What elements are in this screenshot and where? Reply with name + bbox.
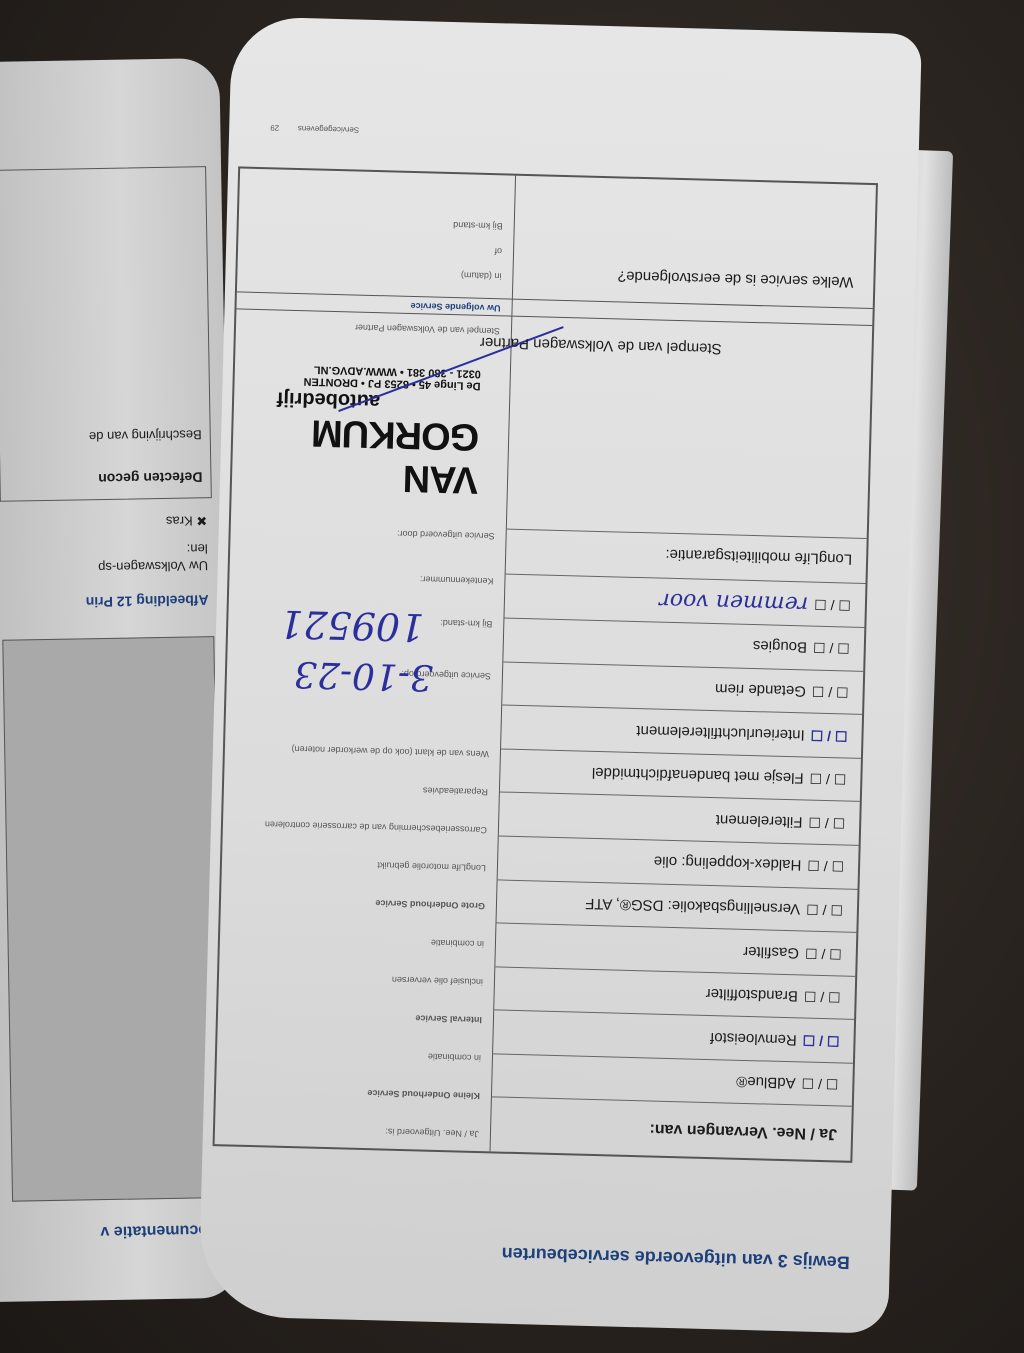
performed-by-label: Service uitgevoerd door: xyxy=(397,529,495,542)
car-diagram xyxy=(2,636,224,1202)
replacement-item-label: Gasfilter xyxy=(743,943,799,961)
left-text-line: len: xyxy=(187,541,208,556)
page-number: 29 xyxy=(270,123,279,132)
mileage-value: 109521 xyxy=(279,602,425,650)
checkbox-pair[interactable]: ☐ / ☐ xyxy=(803,1031,840,1049)
figure-caption: Afbeelding 12 Prin xyxy=(86,592,209,610)
checkbox-pair[interactable]: ☐ / ☐ xyxy=(812,683,849,701)
checkbox-pair[interactable]: ☐ / ☐ xyxy=(811,726,848,744)
left-text-line: Uw Volkswagen-sp xyxy=(98,558,208,575)
checkbox-pair[interactable]: ☐ / ☐ xyxy=(809,770,846,788)
stamp-label-small: Stempel van de Volkswagen Partner xyxy=(355,323,500,337)
service-type-item: Kleine Onderhoud Service xyxy=(367,1088,480,1101)
checkbox-pair[interactable]: ☐ / ☐ xyxy=(801,1075,838,1093)
service-type-item: inclusief olie verversen xyxy=(392,975,483,987)
replacement-header: Ja / Nee. Vervangen van: xyxy=(491,1096,852,1160)
plate-label: Kenteken­nummer: xyxy=(420,574,494,586)
checkbox-pair[interactable]: ☐ / ☐ xyxy=(808,813,845,831)
page-header: Servicegegevens xyxy=(298,124,360,135)
stamp-label: Stempel van de Volkswagen Partner xyxy=(480,334,722,357)
right-page: Bewijs 3 van uitgevoerde servicebeurten … xyxy=(198,16,922,1334)
service-type-item: Wens van de klant (ook op de werkorder n… xyxy=(291,744,489,759)
next-service-field: in (datum) xyxy=(461,270,502,281)
checkbox-pair[interactable]: ☐ / ☐ xyxy=(804,988,841,1006)
next-service-field: of xyxy=(494,246,502,256)
checkbox-pair[interactable]: ☐ / ☐ xyxy=(807,857,844,875)
defects-heading: Defecten gecon xyxy=(98,469,203,487)
replacement-item-label: Versnellingsbakolie: DSG®, ATF xyxy=(585,895,800,918)
service-type-item: in combinatie xyxy=(428,1052,481,1063)
checkbox-pair[interactable]: ☐ / ☐ xyxy=(806,901,843,919)
service-type-item: Grote Onderhoud Service xyxy=(375,898,485,911)
service-date-value: 3-10-23 xyxy=(294,653,434,698)
longlife-label: LongLife mobiliteitsgarantie: xyxy=(506,529,867,581)
legend-kras: ✖ Kras xyxy=(166,512,208,529)
service-type-item: Interval Service xyxy=(415,1013,482,1025)
checkbox-pair[interactable]: ☐ / ☐ xyxy=(805,944,842,962)
replacement-item-label: Remvloeistof xyxy=(710,1029,797,1048)
replacement-item-label: Flesje met bandenafdichtmiddel xyxy=(592,764,804,787)
next-service-title: Uw volgende Service xyxy=(410,301,500,313)
replacement-item-label: Bougies xyxy=(753,638,808,656)
service-type-item: LongLife motorolie gebruikt xyxy=(377,860,486,873)
section-title: Bewijs 3 van uitgevoerde servicebeurten xyxy=(501,1243,850,1273)
defects-subheading: Beschrijving van de xyxy=(89,427,202,444)
service-type-item: Carrosseriebescherming van de carrosseri… xyxy=(265,819,487,835)
stamp-name: VAN GORKUM xyxy=(238,409,480,501)
service-type-item: in combinatie xyxy=(431,938,484,949)
replacement-item-label: remmen voor xyxy=(659,587,808,616)
replacement-item-label: AdBlue® xyxy=(736,1073,796,1092)
checkbox-pair[interactable]: ☐ / ☐ xyxy=(814,596,851,614)
stamp-subtitle: autobedrijf xyxy=(240,386,381,413)
mileage-label: Bij km-stand: xyxy=(440,618,492,629)
replacement-item-label: Filterelement xyxy=(716,811,803,830)
dealer-stamp: VAN GORKUM autobedrijf De Linge 45 • 825… xyxy=(238,362,481,501)
service-record-table: Ja / Nee. Vervangen van: ☐ / ☐AdBlue®☐ /… xyxy=(213,166,878,1162)
service-type-item: Reparatieadvies xyxy=(423,785,488,797)
replacement-item-label: Brandstoffilter xyxy=(705,985,798,1004)
replacement-item-label: Interieurluchtfilterelement xyxy=(636,722,805,743)
checkbox-pair[interactable]: ☐ / ☐ xyxy=(813,639,850,657)
replacement-item-label: Haldex-koppeling: olie xyxy=(654,853,802,874)
next-service-field: Bij km-stand xyxy=(453,220,503,231)
replacement-item-label: Getande riem xyxy=(715,680,806,699)
defects-box: Defecten gecon Beschrijving van de xyxy=(0,166,212,502)
next-service-question: Welke service is de eerstvolgende? xyxy=(618,267,854,290)
service-type-item: Ja / Nee. Uitgevoerd is: xyxy=(385,1127,479,1139)
